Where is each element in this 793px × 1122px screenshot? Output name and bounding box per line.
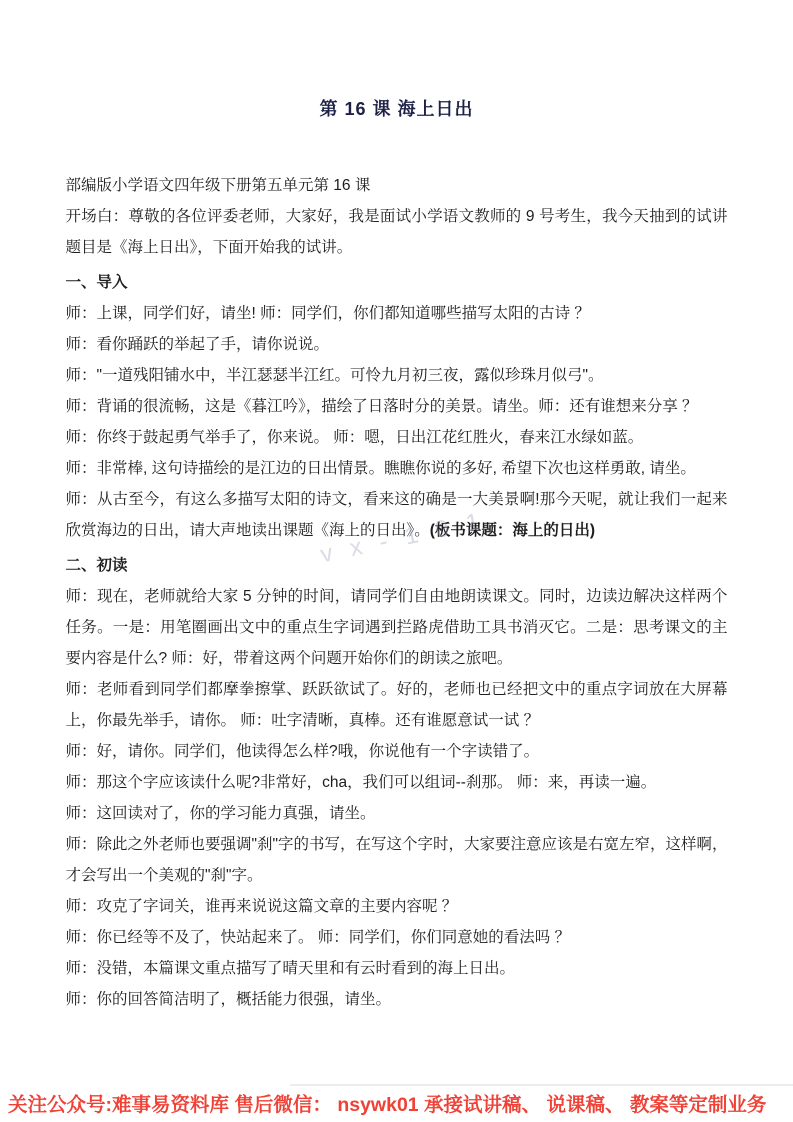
section-heading: 一、导入	[66, 267, 728, 298]
text-run: 师：没错，本篇课文重点描写了晴天里和有云时看到的海上日出。	[66, 960, 516, 977]
text-run: 师：除此之外老师也要强调"刹"字的书写，在写这个字时，大家要注意应该是右宽左窄，…	[66, 836, 728, 884]
text-run: 师：背诵的很流畅，这是《暮江吟》，描绘了日落时分的美景。请坐。师：还有谁想来分享…	[66, 398, 698, 415]
text-run: 师：这回读对了，你的学习能力真强，请坐。	[66, 805, 376, 822]
paragraph: 师："一道残阳铺水中，半江瑟瑟半江红。可怜九月初三夜，露似珍珠月似弓"。	[66, 360, 728, 391]
bold-text-run: 一、导入	[66, 274, 128, 291]
paragraph: 师：看你踊跃的举起了手，请你说说。	[66, 329, 728, 360]
text-run: 师：那这个字应该读什么呢?非常好，cha，我们可以组词--刹那。 师：来，再读一…	[66, 774, 657, 791]
text-run: 师：你终于鼓起勇气举手了，你来说。 师：嗯，日出江花红胜火，春来江水绿如蓝。	[66, 429, 644, 446]
paragraph: 师：上课，同学们好，请坐! 师：同学们，你们都知道哪些描写太阳的古诗 ？	[66, 298, 728, 329]
paragraph: 师：老师看到同学们都摩拳擦掌、跃跃欲试了。好的，老师也已经把文中的重点字词放在大…	[66, 674, 728, 736]
bold-text-run: 二、初读	[66, 557, 128, 574]
paragraph: 师：那这个字应该读什么呢?非常好，cha，我们可以组词--刹那。 师：来，再读一…	[66, 767, 728, 798]
paragraph: 师：现在，老师就给大家 5 分钟的时间，请同学们自由地朗读课文。同时，边读边解决…	[66, 581, 728, 674]
paragraph: 师：非常棒, 这句诗描绘的是江边的日出情景。瞧瞧你说的多好, 希望下次也这样勇敢…	[66, 453, 728, 484]
paragraph: 师：这回读对了，你的学习能力真强，请坐。	[66, 798, 728, 829]
paragraph: 开场白：尊敬的各位评委老师，大家好，我是面试小学语文教师的 9 号考生，我今天抽…	[66, 201, 728, 263]
text-run: 师：你已经等不及了，快站起来了。 师：同学们，你们同意她的看法吗 ？	[66, 929, 571, 946]
text-run: 部编版小学语文四年级下册第五单元第 16 课	[66, 177, 371, 194]
text-run: 师：好，请你。同学们，他读得怎么样?哦，你说他有一个字读错了。	[66, 743, 540, 760]
paragraph: 师：除此之外老师也要强调"刹"字的书写，在写这个字时，大家要注意应该是右宽左窄，…	[66, 829, 728, 891]
text-run: 师：上课，同学们好，请坐! 师：同学们，你们都知道哪些描写太阳的古诗 ？	[66, 305, 590, 322]
bold-text-run: (板书课题：海上的日出)	[430, 522, 595, 539]
page-title: 第 16 课 海上日出	[0, 95, 793, 121]
text-run: 师：看你踊跃的举起了手，请你说说。	[66, 336, 330, 353]
document-body: 部编版小学语文四年级下册第五单元第 16 课开场白：尊敬的各位评委老师，大家好，…	[66, 170, 728, 1015]
paragraph: 师：好，请你。同学们，他读得怎么样?哦，你说他有一个字读错了。	[66, 736, 728, 767]
text-run: 师：你的回答简洁明了，概括能力很强，请坐。	[66, 991, 392, 1008]
text-run: 师：攻克了字词关，谁再来说说这篇文章的主要内容呢 ？	[66, 898, 458, 915]
paragraph: 师：从古至今，有这么多描写太阳的诗文，看来这的确是一大美景啊!那今天呢，就让我们…	[66, 484, 728, 546]
section-heading: 二、初读	[66, 550, 728, 581]
text-run: 师："一道残阳铺水中，半江瑟瑟半江红。可怜九月初三夜，露似珍珠月似弓"。	[66, 367, 604, 384]
paragraph: 师：你已经等不及了，快站起来了。 师：同学们，你们同意她的看法吗 ？	[66, 922, 728, 953]
paragraph: 师：没错，本篇课文重点描写了晴天里和有云时看到的海上日出。	[66, 953, 728, 984]
footer-banner: 关注公众号:难事易资料库 售后微信： nsywk01 承接试讲稿、 说课稿、 教…	[0, 1090, 793, 1122]
text-run: 师：从古至今，有这么多描写太阳的诗文，看来这的确是一大美景啊!那今天呢，就让我们…	[66, 491, 728, 539]
paragraph: 部编版小学语文四年级下册第五单元第 16 课	[66, 170, 728, 201]
paragraph: 师：攻克了字词关，谁再来说说这篇文章的主要内容呢 ？	[66, 891, 728, 922]
text-run: 开场白：尊敬的各位评委老师，大家好，我是面试小学语文教师的 9 号考生，我今天抽…	[66, 208, 728, 256]
text-run: 师：老师看到同学们都摩拳擦掌、跃跃欲试了。好的，老师也已经把文中的重点字词放在大…	[66, 681, 728, 729]
text-run: 师：非常棒, 这句诗描绘的是江边的日出情景。瞧瞧你说的多好, 希望下次也这样勇敢…	[66, 460, 696, 477]
text-run: 师：现在，老师就给大家 5 分钟的时间，请同学们自由地朗读课文。同时，边读边解决…	[66, 588, 728, 667]
footer-edge-shadow	[290, 1084, 793, 1086]
paragraph: 师：背诵的很流畅，这是《暮江吟》，描绘了日落时分的美景。请坐。师：还有谁想来分享…	[66, 391, 728, 422]
paragraph: 师：你的回答简洁明了，概括能力很强，请坐。	[66, 984, 728, 1015]
paragraph: 师：你终于鼓起勇气举手了，你来说。 师：嗯，日出江花红胜火，春来江水绿如蓝。	[66, 422, 728, 453]
